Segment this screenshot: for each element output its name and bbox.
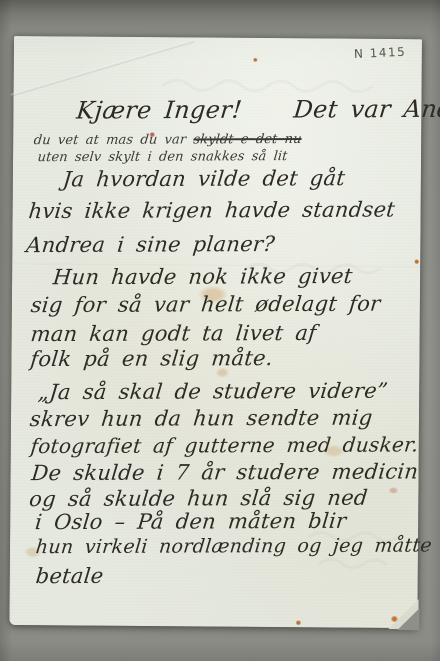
handwriting-line: folk på en slig måte. — [29, 348, 274, 370]
handwriting-line-inserted: du vet at mas du var skyldt e det nu — [33, 133, 302, 147]
stain — [253, 58, 258, 62]
handwriting-line: hun virkeli nordlænding og jeg måtte — [35, 536, 433, 557]
handwriting-line: fotografiet af gutterne med dusker. — [30, 434, 420, 456]
handwriting-line-quote: „Ja så skal de studere videre” — [37, 381, 389, 404]
handwriting-line: hvis ikke krigen havde standset — [28, 200, 397, 223]
stain — [295, 620, 301, 625]
handwriting-line: skrev hun da hun sendte mig — [29, 408, 374, 431]
stain — [414, 259, 419, 264]
handwriting-text: du vet at mas du var — [33, 132, 194, 148]
stain — [388, 487, 398, 494]
handwriting-line: og så skulde hun slå sig ned — [28, 488, 368, 510]
handwriting-line: Hun havde nok ikke givet — [52, 266, 354, 288]
paper-crease — [10, 39, 195, 97]
handwriting-line: sig for så var helt ødelagt for — [30, 294, 382, 317]
handwriting-line-inserted: uten selv skylt i den snakkes så lit — [37, 150, 288, 164]
handwriting-line: man kan godt ta livet af — [30, 323, 318, 345]
letter-paper: N 1415 Kjære Inger! Det var Andrea du ve… — [9, 36, 422, 628]
handwriting-line: betale — [35, 566, 105, 587]
handwriting-line: Ja hvordan vilde det gåt — [62, 168, 346, 190]
handwriting-line: i Oslo – På den måten blir — [34, 511, 347, 533]
archive-number-annotation: N 1415 — [353, 45, 406, 61]
photograph-background: N 1415 Kjære Inger! Det var Andrea du ve… — [0, 0, 440, 661]
handwriting-line: Andrea i sine planer? — [25, 234, 276, 256]
corner-fold-cut — [397, 608, 419, 630]
struck-out-text: skyldt e det nu — [193, 132, 303, 147]
handwriting-line-salutation: Kjære Inger! Det var Andrea — [75, 97, 440, 123]
handwriting-line: De skulde i 7 år studere medicin — [30, 461, 419, 484]
